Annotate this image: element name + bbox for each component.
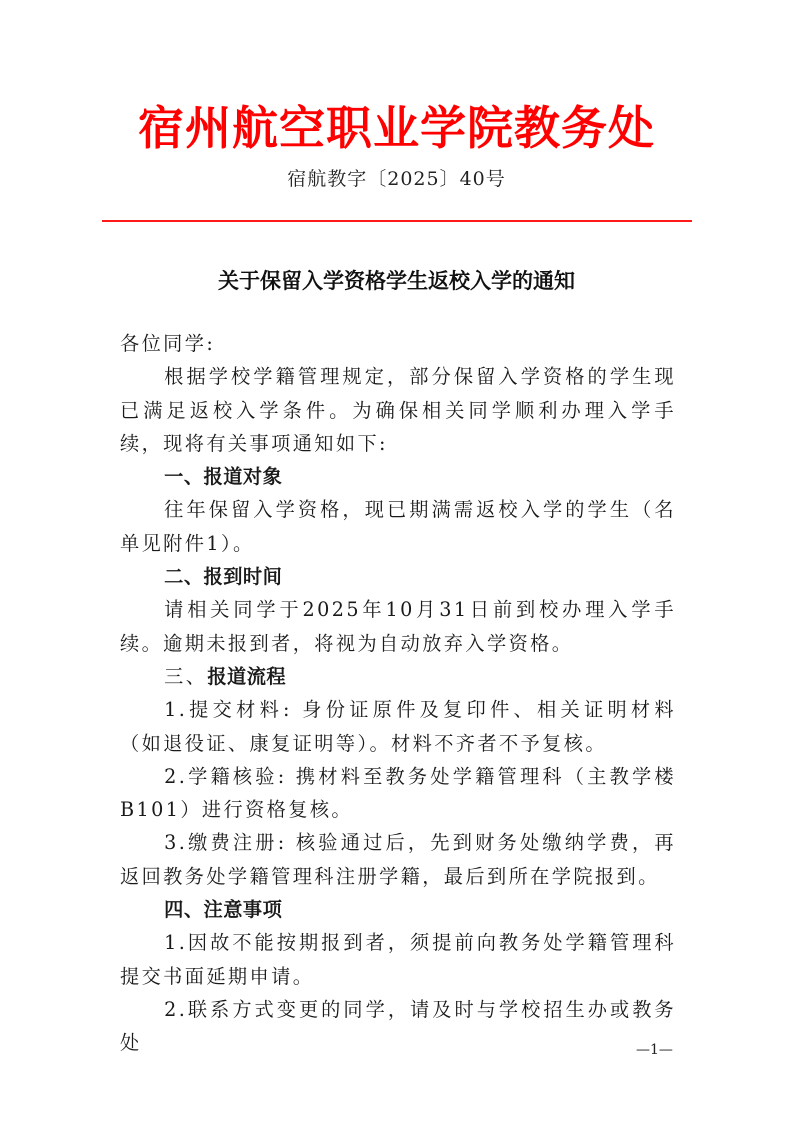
section-title: 报道流程 <box>207 665 286 688</box>
section-number: 一、 <box>164 465 203 488</box>
section-1-paragraph-1: 往年保留入学资格，现已期满需返校入学的学生（名单见附件1）。 <box>120 493 676 560</box>
section-title: 报到时间 <box>204 565 283 588</box>
section-4-paragraph-2: 2.联系方式变更的同学，请及时与学校招生办或教务处 <box>120 993 676 1060</box>
section-number: 四、 <box>164 898 203 921</box>
red-header-rule <box>102 220 692 222</box>
intro-paragraph: 根据学校学籍管理规定，部分保留入学资格的学生现已满足返校入学条件。为确保相关同学… <box>120 360 676 460</box>
section-number: 二、 <box>164 565 203 588</box>
section-3-paragraph-1: 1.提交材料: 身份证原件及复印件、相关证明材料（如退役证、康复证明等）。材料不… <box>120 693 676 760</box>
salutation: 各位同学: <box>120 327 676 360</box>
section-title: 报道对象 <box>204 465 283 488</box>
section-3-paragraph-3: 3.缴费注册: 核验通过后，先到财务处缴纳学费，再返回教务处学籍管理科注册学籍，… <box>120 826 676 893</box>
section-heading-4: 四、注意事项 <box>120 893 676 926</box>
section-4-paragraph-1: 1.因故不能按期报到者，须提前向教务处学籍管理科提交书面延期申请。 <box>120 926 676 993</box>
section-title: 注意事项 <box>204 898 283 921</box>
section-number: 三、 <box>164 665 207 688</box>
document-number: 宿航教字〔2025〕40号 <box>0 166 793 192</box>
section-3-paragraph-2: 2.学籍核验: 携材料至教务处学籍管理科（主教学楼B101）进行资格复核。 <box>120 760 676 827</box>
section-heading-2: 二、报到时间 <box>120 560 676 593</box>
issuing-office-title: 宿州航空职业学院教务处 <box>0 100 793 156</box>
section-2-paragraph-1: 请相关同学于2025年10月31日前到校办理入学手续。逾期未报到者，将视为自动放… <box>120 593 676 660</box>
section-heading-1: 一、报道对象 <box>120 460 676 493</box>
notice-title: 关于保留入学资格学生返校入学的通知 <box>0 265 793 297</box>
page-number: —1— <box>636 1040 673 1060</box>
section-heading-3: 三、报道流程 <box>120 660 676 693</box>
notice-body: 各位同学: 根据学校学籍管理规定，部分保留入学资格的学生现已满足返校入学条件。为… <box>120 327 676 1060</box>
document-page: 宿州航空职业学院教务处 宿航教字〔2025〕40号 关于保留入学资格学生返校入学… <box>0 0 793 1122</box>
